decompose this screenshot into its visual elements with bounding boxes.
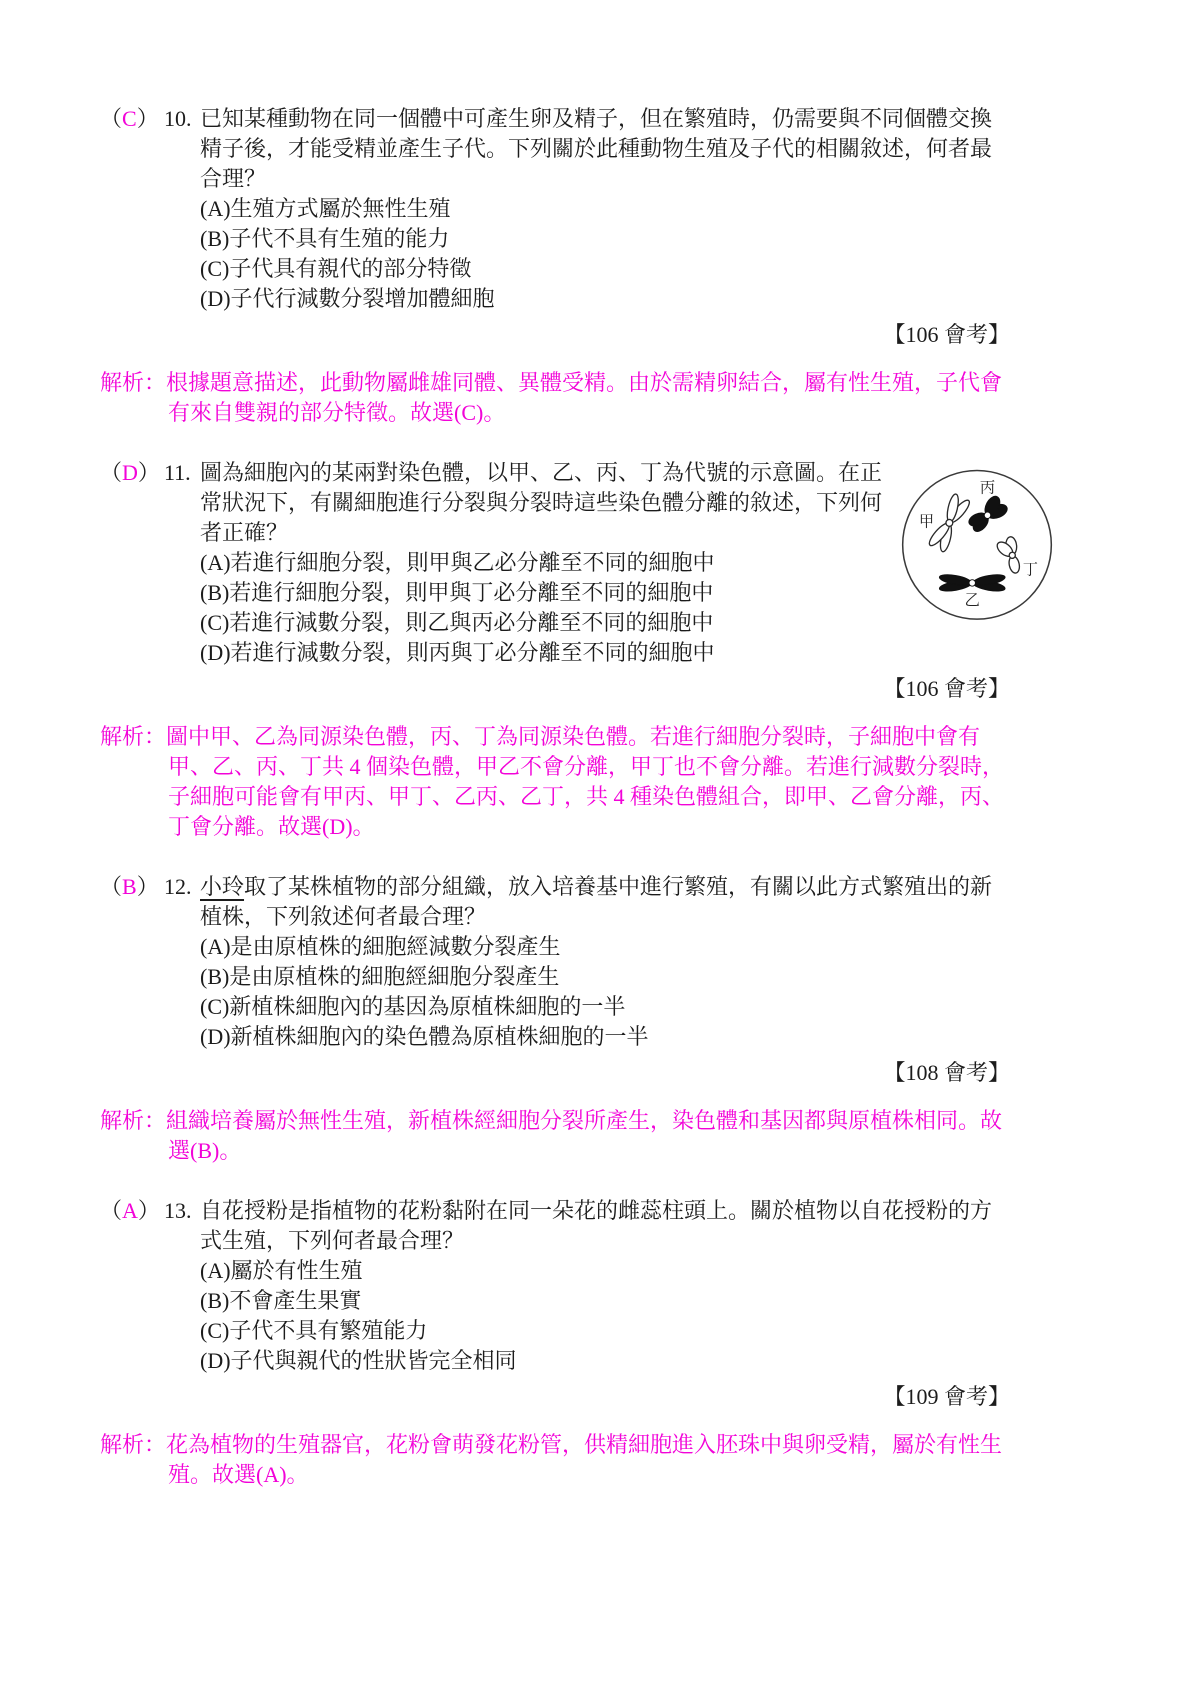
- question-number: 11.: [164, 458, 200, 488]
- answer-letter: C: [122, 106, 137, 131]
- option-c: (C)新植株細胞內的基因為原植株細胞的一半: [200, 992, 1010, 1022]
- answer-paren-open: （: [100, 874, 122, 899]
- explanation-text: 組織培養屬於無性生殖，新植株經細胞分裂所產生，染色體和基因都與原植株相同。故選(…: [166, 1108, 1002, 1163]
- option-a: (A)屬於有性生殖: [200, 1256, 1010, 1286]
- answer-paren-open: （: [100, 460, 122, 485]
- answer-letter: B: [122, 874, 137, 899]
- stem-text: 已知某種動物在同一個體中可產生卵及精子，但在繁殖時，仍需要與不同個體交換精子後，…: [200, 106, 992, 191]
- answer-paren-close: ）: [137, 874, 159, 899]
- stem-text: 圖為細胞內的某兩對染色體，以甲、乙、丙、丁為代號的示意圖。在正常狀況下，有關細胞…: [200, 460, 882, 545]
- answer-marker: （C）: [100, 104, 164, 134]
- explanation-label: 解析：: [100, 1108, 166, 1133]
- question-stem: 小玲取了某株植物的部分組織，放入培養基中進行繁殖，有關以此方式繁殖出的新植株，下…: [200, 872, 1010, 932]
- question-number: 13.: [164, 1196, 200, 1226]
- question-row: （C） 10. 已知某種動物在同一個體中可產生卵及精子，但在繁殖時，仍需要與不同…: [100, 104, 1010, 314]
- question-body: 甲 丙: [200, 458, 1010, 668]
- answer-letter: D: [122, 460, 138, 485]
- explanation-label: 解析：: [100, 370, 166, 395]
- stem-text: 取了某株植物的部分組織，放入培養基中進行繁殖，有關以此方式繁殖出的新植株，下列敘…: [200, 874, 992, 929]
- option-a: (A)若進行細胞分裂，則甲與乙必分離至不同的細胞中: [200, 548, 1010, 578]
- stem-text: 自花授粉是指植物的花粉黏附在同一朵花的雌蕊柱頭上。關於植物以自花授粉的方式生殖，…: [200, 1198, 992, 1253]
- explanation-text: 圖中甲、乙為同源染色體，丙、丁為同源染色體。若進行細胞分裂時，子細胞中會有甲、乙…: [166, 724, 1004, 839]
- cell-diagram: 甲 丙: [896, 452, 1058, 630]
- exam-source-tag: 【106 會考】: [100, 320, 1010, 350]
- option-d: (D)若進行減數分裂，則丙與丁必分離至不同的細胞中: [200, 638, 1010, 668]
- question-stem: 已知某種動物在同一個體中可產生卵及精子，但在繁殖時，仍需要與不同個體交換精子後，…: [200, 104, 1010, 194]
- explanation: 解析：根據題意描述，此動物屬雌雄同體、異體受精。由於需精卵結合，屬有性生殖，子代…: [100, 368, 1010, 428]
- question-stem: 自花授粉是指植物的花粉黏附在同一朵花的雌蕊柱頭上。關於植物以自花授粉的方式生殖，…: [200, 1196, 1010, 1256]
- option-c: (C)子代不具有繁殖能力: [200, 1316, 1010, 1346]
- answer-paren-open: （: [100, 1198, 122, 1223]
- exam-page: （C） 10. 已知某種動物在同一個體中可產生卵及精子，但在繁殖時，仍需要與不同…: [0, 0, 1191, 1560]
- exam-source-tag: 【106 會考】: [100, 674, 1010, 704]
- diagram-label-yi: 乙: [965, 592, 980, 609]
- question-block-11: （D） 11. 甲: [100, 458, 1010, 842]
- question-block-10: （C） 10. 已知某種動物在同一個體中可產生卵及精子，但在繁殖時，仍需要與不同…: [100, 104, 1010, 428]
- answer-marker: （A）: [100, 1196, 164, 1226]
- question-stem: 圖為細胞內的某兩對染色體，以甲、乙、丙、丁為代號的示意圖。在正常狀況下，有關細胞…: [200, 458, 1010, 548]
- explanation-text: 花為植物的生殖器官，花粉會萌發花粉管，供精細胞進入胚珠中與卵受精，屬於有性生殖。…: [166, 1432, 1002, 1487]
- exam-source-tag: 【109 會考】: [100, 1382, 1010, 1412]
- option-b: (B)子代不具有生殖的能力: [200, 224, 1010, 254]
- answer-paren-close: ）: [137, 106, 159, 131]
- explanation: 解析：組織培養屬於無性生殖，新植株經細胞分裂所產生，染色體和基因都與原植株相同。…: [100, 1106, 1010, 1166]
- diagram-label-ding: 丁: [1023, 561, 1038, 578]
- option-a: (A)是由原植株的細胞經減數分裂產生: [200, 932, 1010, 962]
- answer-letter: A: [122, 1198, 138, 1223]
- exam-source-tag: 【108 會考】: [100, 1058, 1010, 1088]
- question-body: 小玲取了某株植物的部分組織，放入培養基中進行繁殖，有關以此方式繁殖出的新植株，下…: [200, 872, 1010, 1052]
- option-c: (C)子代具有親代的部分特徵: [200, 254, 1010, 284]
- option-c: (C)若進行減數分裂，則乙與丙必分離至不同的細胞中: [200, 608, 1010, 638]
- option-a: (A)生殖方式屬於無性生殖: [200, 194, 1010, 224]
- question-number: 10.: [164, 104, 200, 134]
- answer-marker: （D）: [100, 458, 164, 488]
- option-b: (B)不會產生果實: [200, 1286, 1010, 1316]
- question-number: 12.: [164, 872, 200, 902]
- question-row: （A） 13. 自花授粉是指植物的花粉黏附在同一朵花的雌蕊柱頭上。關於植物以自花…: [100, 1196, 1010, 1376]
- explanation: 解析：花為植物的生殖器官，花粉會萌發花粉管，供精細胞進入胚珠中與卵受精，屬於有性…: [100, 1430, 1010, 1490]
- option-d: (D)子代與親代的性狀皆完全相同: [200, 1346, 1010, 1376]
- diagram-label-jia: 甲: [919, 514, 934, 531]
- option-b: (B)若進行細胞分裂，則甲與丁必分離至不同的細胞中: [200, 578, 1010, 608]
- explanation-text: 根據題意描述，此動物屬雌雄同體、異體受精。由於需精卵結合，屬有性生殖，子代會有來…: [166, 370, 1002, 425]
- question-block-13: （A） 13. 自花授粉是指植物的花粉黏附在同一朵花的雌蕊柱頭上。關於植物以自花…: [100, 1196, 1010, 1490]
- question-row: （D） 11. 甲: [100, 458, 1010, 668]
- explanation-label: 解析：: [100, 724, 166, 749]
- answer-marker: （B）: [100, 872, 164, 902]
- question-block-12: （B） 12. 小玲取了某株植物的部分組織，放入培養基中進行繁殖，有關以此方式繁…: [100, 872, 1010, 1166]
- option-d: (D)子代行減數分裂增加體細胞: [200, 284, 1010, 314]
- explanation-label: 解析：: [100, 1432, 166, 1457]
- answer-paren-close: ）: [138, 1198, 160, 1223]
- explanation: 解析：圖中甲、乙為同源染色體，丙、丁為同源染色體。若進行細胞分裂時，子細胞中會有…: [100, 722, 1010, 842]
- underlined-name: 小玲: [200, 874, 244, 899]
- answer-paren-close: ）: [138, 460, 160, 485]
- question-body: 自花授粉是指植物的花粉黏附在同一朵花的雌蕊柱頭上。關於植物以自花授粉的方式生殖，…: [200, 1196, 1010, 1376]
- option-d: (D)新植株細胞內的染色體為原植株細胞的一半: [200, 1022, 1010, 1052]
- answer-paren-open: （: [100, 106, 122, 131]
- question-body: 已知某種動物在同一個體中可產生卵及精子，但在繁殖時，仍需要與不同個體交換精子後，…: [200, 104, 1010, 314]
- option-b: (B)是由原植株的細胞經細胞分裂產生: [200, 962, 1010, 992]
- diagram-label-bing: 丙: [980, 479, 995, 496]
- question-row: （B） 12. 小玲取了某株植物的部分組織，放入培養基中進行繁殖，有關以此方式繁…: [100, 872, 1010, 1052]
